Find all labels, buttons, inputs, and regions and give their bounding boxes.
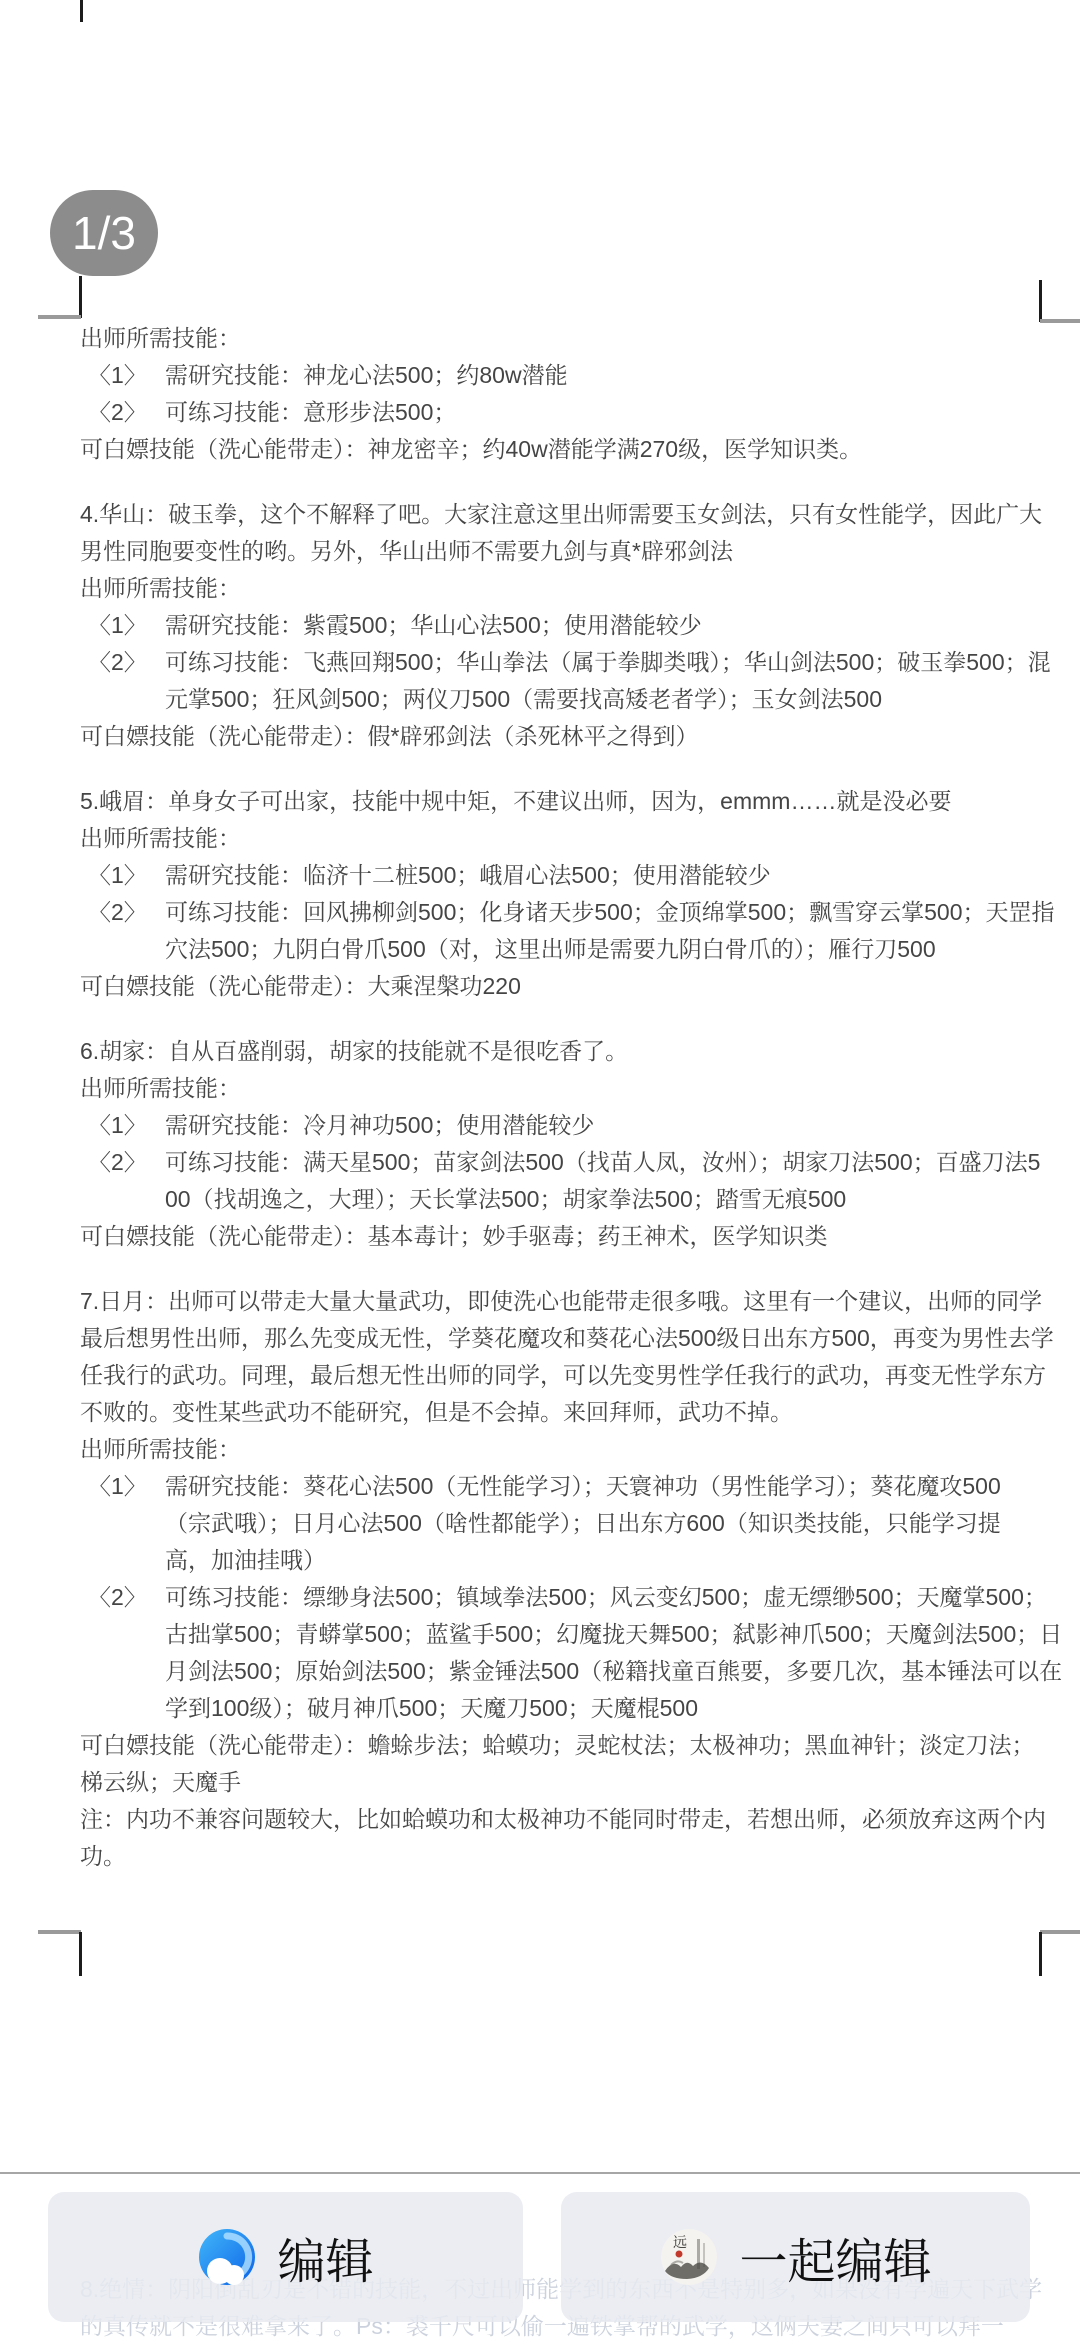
doc-line: 出师所需技能：: [80, 1431, 1040, 1468]
doc-line-text: 出师所需技能：: [80, 325, 241, 351]
doc-line-text: 功。: [80, 1843, 126, 1869]
item-number: 〈2〉: [88, 644, 147, 681]
doc-line-text: 古拙掌500；青蟒掌500；蓝鲨手500；幻魔拢天舞500；弑影神爪500；天魔…: [165, 1621, 1062, 1647]
doc-line: 〈1〉需研究技能：神龙心法500；约80w潜能: [80, 357, 1040, 394]
item-number: 〈2〉: [88, 894, 147, 931]
doc-line: 不败的。变性某些武功不能研究，但是不会掉。来回拜师，武功不掉。: [80, 1394, 1040, 1431]
co-edit-button[interactable]: 远 一起编辑: [561, 2192, 1030, 2322]
doc-line-text: 可练习技能：飞燕回翔500；华山拳法（属于拳脚类哦）；华山剑法500；破玉拳50…: [165, 649, 1051, 675]
doc-line: 可白嫖技能（洗心能带走）：蟾蜍步法；蛤蟆功；灵蛇杖法；太极神功；黑血神针；淡定刀…: [80, 1727, 1040, 1764]
item-number: 〈2〉: [88, 1579, 147, 1616]
qq-browser-icon: [197, 2227, 257, 2287]
co-edit-button-label: 一起编辑: [739, 2223, 931, 2292]
crop-corner-bottom-left-vertical: [79, 1932, 82, 1976]
doc-line: 7.日月：出师可以带走大量大量武功，即使洗心也能带走很多哦。这里有一个建议，出师…: [80, 1283, 1040, 1320]
doc-section: 5.峨眉：单身女子可出家，技能中规中矩，不建议出师，因为，emmm……就是没必要…: [80, 783, 1040, 1005]
doc-line-text: 需研究技能：紫霞500；华山心法500；使用潜能较少: [165, 612, 702, 638]
item-number: 〈1〉: [88, 1107, 147, 1144]
doc-line: 〈1〉需研究技能：冷月神功500；使用潜能较少: [80, 1107, 1040, 1144]
doc-line: 可白嫖技能（洗心能带走）：神龙密辛；约40w潜能学满270级，医学知识类。: [80, 431, 1040, 468]
document-body: 出师所需技能：〈1〉需研究技能：神龙心法500；约80w潜能〈2〉可练习技能：意…: [80, 320, 1040, 1875]
doc-line-text: 梯云纵；天魔手: [80, 1769, 241, 1795]
doc-line-text: 需研究技能：临济十二桩500；峨眉心法500；使用潜能较少: [165, 862, 771, 888]
bottom-action-bar: 8.绝情：阴阳倒乱刃是不错的技能，不过出师能学到的东西不是特别多，如果没有学遍天…: [0, 2172, 1080, 2340]
svg-text:远: 远: [673, 2235, 687, 2251]
doc-line-text: 元掌500；狂风剑500；两仪刀500（需要找高矮老者学）；玉女剑法500: [165, 686, 882, 712]
crop-corner-bottom-left-horizontal: [38, 1930, 81, 1934]
doc-line: 任我行的武功。同理，最后想无性出师的同学，可以先变男性学任我行的武功，再变无性学…: [80, 1357, 1040, 1394]
doc-line: 可白嫖技能（洗心能带走）：假*辟邪剑法（杀死林平之得到）: [80, 718, 1040, 755]
doc-line-text: 出师所需技能：: [80, 1075, 241, 1101]
crop-corner-bottom-right-vertical: [1039, 1932, 1042, 1976]
doc-line: 〈2〉可练习技能：回风拂柳剑500；化身诸天步500；金顶绵掌500；飘雪穿云掌…: [80, 894, 1040, 931]
doc-line-text: 注：内功不兼容问题较大，比如蛤蟆功和太极神功不能同时带走，若想出师，必须放弃这两…: [80, 1806, 1046, 1832]
doc-line-text: 任我行的武功。同理，最后想无性出师的同学，可以先变男性学任我行的武功，再变无性学…: [80, 1362, 1046, 1388]
crop-corner-top-left-horizontal: [38, 315, 81, 319]
doc-line: 最后想男性出师，那么先变成无性，学葵花魔攻和葵花心法500级日出东方500，再变…: [80, 1320, 1040, 1357]
doc-line-text: 出师所需技能：: [80, 1436, 241, 1462]
doc-line-text: 穴法500；九阴白骨爪500（对，这里出师是需要九阴白骨爪的）；雁行刀500: [165, 936, 936, 962]
doc-line-text: 需研究技能：葵花心法500（无性能学习）；天寰神功（男性能学习）；葵花魔攻500: [165, 1473, 1001, 1499]
doc-line: （宗武哦）；日月心法500（啥性都能学）；日出东方600（知识类技能，只能学习提: [80, 1505, 1040, 1542]
doc-line: 出师所需技能：: [80, 570, 1040, 607]
doc-line: 5.峨眉：单身女子可出家，技能中规中矩，不建议出师，因为，emmm……就是没必要: [80, 783, 1040, 820]
page-indicator-badge: 1/3: [50, 190, 158, 276]
doc-line: 古拙掌500；青蟒掌500；蓝鲨手500；幻魔拢天舞500；弑影神爪500；天魔…: [80, 1616, 1040, 1653]
doc-line-text: 学到100级）；破月神爪500；天魔刀500；天魔棍500: [165, 1695, 698, 1721]
crop-corner-top-left-vertical: [79, 276, 82, 318]
doc-section: 7.日月：出师可以带走大量大量武功，即使洗心也能带走很多哦。这里有一个建议，出师…: [80, 1283, 1040, 1875]
doc-line-text: 需研究技能：冷月神功500；使用潜能较少: [165, 1112, 594, 1138]
doc-line: 〈1〉需研究技能：紫霞500；华山心法500；使用潜能较少: [80, 607, 1040, 644]
item-number: 〈2〉: [88, 1144, 147, 1181]
doc-line: 出师所需技能：: [80, 820, 1040, 857]
doc-line: 元掌500；狂风剑500；两仪刀500（需要找高矮老者学）；玉女剑法500: [80, 681, 1040, 718]
crop-corner-top-right-vertical: [1039, 280, 1042, 322]
doc-line: 高，加油挂哦）: [80, 1542, 1040, 1579]
doc-line-text: 可练习技能：意形步法500；: [165, 399, 456, 425]
doc-line-text: （宗武哦）；日月心法500（啥性都能学）；日出东方600（知识类技能，只能学习提: [165, 1510, 1001, 1536]
doc-line: 出师所需技能：: [80, 1070, 1040, 1107]
doc-section: 6.胡家：自从百盛削弱，胡家的技能就不是很吃香了。出师所需技能：〈1〉需研究技能…: [80, 1033, 1040, 1255]
doc-line-text: 可白嫖技能（洗心能带走）：大乘涅槃功220: [80, 973, 521, 999]
doc-line: 月剑法500；原始剑法500；紫金锤法500（秘籍找童百熊要，多要几次，基本锤法…: [80, 1653, 1040, 1690]
doc-line-text: 高，加油挂哦）: [165, 1547, 326, 1573]
item-number: 〈1〉: [88, 357, 147, 394]
doc-line-text: 出师所需技能：: [80, 575, 241, 601]
doc-line-text: 月剑法500；原始剑法500；紫金锤法500（秘籍找童百熊要，多要几次，基本锤法…: [165, 1658, 1062, 1684]
crop-mark-top-tip: [80, 0, 83, 22]
doc-line: 〈2〉可练习技能：意形步法500；: [80, 394, 1040, 431]
doc-line-text: 可练习技能：缥缈身法500；镇域拳法500；风云变幻500；虚无缥缈500；天魔…: [165, 1584, 1047, 1610]
doc-line-text: 最后想男性出师，那么先变成无性，学葵花魔攻和葵花心法500级日出东方500，再变…: [80, 1325, 1054, 1351]
item-number: 〈1〉: [88, 1468, 147, 1505]
doc-line-text: 不败的。变性某些武功不能研究，但是不会掉。来回拜师，武功不掉。: [80, 1399, 793, 1425]
crop-corner-bottom-right-horizontal: [1040, 1930, 1080, 1934]
doc-line: 〈1〉需研究技能：临济十二桩500；峨眉心法500；使用潜能较少: [80, 857, 1040, 894]
doc-line-text: 可练习技能：满天星500；苗家剑法500（找苗人凤，汝州）；胡家刀法500；百盛…: [165, 1149, 1040, 1175]
ink-painting-icon: 远: [659, 2227, 719, 2287]
doc-line: 可白嫖技能（洗心能带走）：大乘涅槃功220: [80, 968, 1040, 1005]
doc-line-text: 出师所需技能：: [80, 825, 241, 851]
doc-line: 可白嫖技能（洗心能带走）：基本毒计；妙手驱毒；药王神术，医学知识类: [80, 1218, 1040, 1255]
doc-line-text: 可白嫖技能（洗心能带走）：神龙密辛；约40w潜能学满270级，医学知识类。: [80, 436, 862, 462]
doc-line: 穴法500；九阴白骨爪500（对，这里出师是需要九阴白骨爪的）；雁行刀500: [80, 931, 1040, 968]
doc-line-text: 5.峨眉：单身女子可出家，技能中规中矩，不建议出师，因为，emmm……就是没必要: [80, 788, 951, 814]
item-number: 〈2〉: [88, 394, 147, 431]
edit-button[interactable]: 编辑: [48, 2192, 523, 2322]
crop-corner-top-right-horizontal: [1040, 319, 1080, 323]
doc-line-text: 可白嫖技能（洗心能带走）：假*辟邪剑法（杀死林平之得到）: [80, 723, 698, 749]
edit-button-label: 编辑: [277, 2223, 373, 2292]
doc-line-text: 需研究技能：神龙心法500；约80w潜能: [165, 362, 568, 388]
doc-line: 〈2〉可练习技能：飞燕回翔500；华山拳法（属于拳脚类哦）；华山剑法500；破玉…: [80, 644, 1040, 681]
doc-line-text: 00（找胡逸之，大理）；天长掌法500；胡家拳法500；踏雪无痕500: [165, 1186, 846, 1212]
doc-line: 功。: [80, 1838, 1040, 1875]
doc-section: 出师所需技能：〈1〉需研究技能：神龙心法500；约80w潜能〈2〉可练习技能：意…: [80, 320, 1040, 468]
doc-line: 〈2〉可练习技能：缥缈身法500；镇域拳法500；风云变幻500；虚无缥缈500…: [80, 1579, 1040, 1616]
doc-line: 注：内功不兼容问题较大，比如蛤蟆功和太极神功不能同时带走，若想出师，必须放弃这两…: [80, 1801, 1040, 1838]
doc-line-text: 6.胡家：自从百盛削弱，胡家的技能就不是很吃香了。: [80, 1038, 628, 1064]
item-number: 〈1〉: [88, 607, 147, 644]
doc-line-text: 4.华山：破玉拳，这个不解释了吧。大家注意这里出师需要玉女剑法，只有女性能学，因…: [80, 501, 1042, 527]
doc-line: 〈1〉需研究技能：葵花心法500（无性能学习）；天寰神功（男性能学习）；葵花魔攻…: [80, 1468, 1040, 1505]
doc-line: 〈2〉可练习技能：满天星500；苗家剑法500（找苗人凤，汝州）；胡家刀法500…: [80, 1144, 1040, 1181]
doc-line-text: 7.日月：出师可以带走大量大量武功，即使洗心也能带走很多哦。这里有一个建议，出师…: [80, 1288, 1042, 1314]
doc-line-text: 可白嫖技能（洗心能带走）：蟾蜍步法；蛤蟆功；灵蛇杖法；太极神功；黑血神针；淡定刀…: [80, 1732, 1035, 1758]
doc-line-text: 男性同胞要变性的哟。另外，华山出师不需要九剑与真*辟邪剑法: [80, 538, 733, 564]
doc-line-text: 可白嫖技能（洗心能带走）：基本毒计；妙手驱毒；药王神术，医学知识类: [80, 1223, 828, 1249]
doc-section: 4.华山：破玉拳，这个不解释了吧。大家注意这里出师需要玉女剑法，只有女性能学，因…: [80, 496, 1040, 755]
item-number: 〈1〉: [88, 857, 147, 894]
doc-line: 出师所需技能：: [80, 320, 1040, 357]
doc-line: 男性同胞要变性的哟。另外，华山出师不需要九剑与真*辟邪剑法: [80, 533, 1040, 570]
doc-line: 6.胡家：自从百盛削弱，胡家的技能就不是很吃香了。: [80, 1033, 1040, 1070]
doc-line: 4.华山：破玉拳，这个不解释了吧。大家注意这里出师需要玉女剑法，只有女性能学，因…: [80, 496, 1040, 533]
doc-line: 00（找胡逸之，大理）；天长掌法500；胡家拳法500；踏雪无痕500: [80, 1181, 1040, 1218]
doc-line: 梯云纵；天魔手: [80, 1764, 1040, 1801]
doc-line: 学到100级）；破月神爪500；天魔刀500；天魔棍500: [80, 1690, 1040, 1727]
doc-line-text: 可练习技能：回风拂柳剑500；化身诸天步500；金顶绵掌500；飘雪穿云掌500…: [165, 899, 1055, 925]
